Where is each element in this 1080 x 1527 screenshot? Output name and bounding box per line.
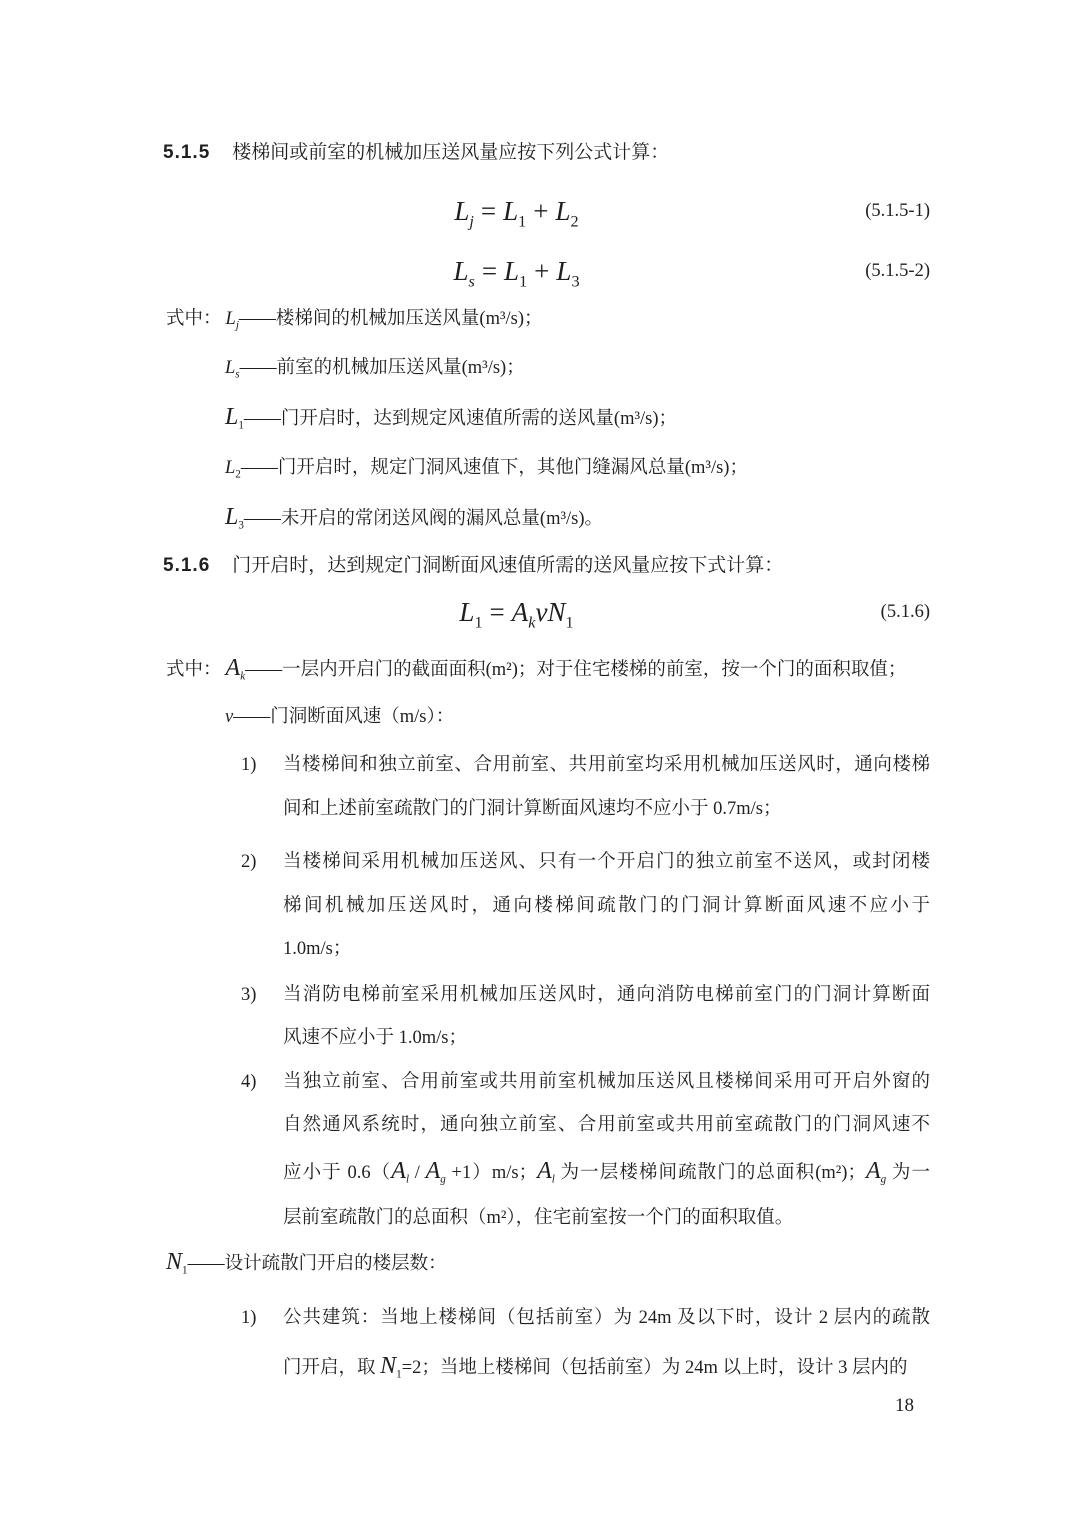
equation-5-1-5-2: Ls=L1+L3 (5.1.5-2) — [163, 248, 930, 294]
section-5-1-6-number: 5.1.6 — [163, 555, 210, 576]
equation-tag-5-1-5-1: (5.1.5-1) — [865, 188, 930, 234]
where-label: 式中： — [166, 309, 222, 329]
list-item-text: 当独立前室、合用前室或共用前室机械加压送风且楼梯间采用可开启外窗的 自然通风系统… — [283, 1061, 930, 1241]
page-number: 18 — [895, 1395, 914, 1417]
formula-lj: Lj=L1+L2 — [454, 196, 578, 226]
definition-l3: L3——未开启的常闭送风阀的漏风总量(m³/s)。 — [166, 502, 930, 534]
text-line-with-formula: 门开启，取 N1=2；当地上楼梯间（包括前室）为 24m 以上时，设计 3 层内… — [283, 1342, 930, 1392]
equation-tag-5-1-6: (5.1.6) — [881, 589, 930, 635]
equation-tag-5-1-5-2: (5.1.5-2) — [865, 248, 930, 294]
v-item-4: 4) 当独立前室、合用前室或共用前室机械加压送风且楼梯间采用可开启外窗的 自然通… — [241, 1061, 930, 1241]
definition-v: v——门洞断面风速（m/s）： — [166, 702, 930, 732]
list-item-number: 2) — [241, 841, 283, 972]
text-line: 当独立前室、合用前室或共用前室机械加压送风且楼梯间采用可开启外窗的 — [283, 1061, 930, 1105]
text-line: 当消防电梯前室采用机械加压送风时，通向消防电梯前室门的门洞计算断面 — [283, 974, 930, 1018]
section-5-1-5-title: 楼梯间或前室的机械加压送风量应按下列公式计算： — [232, 142, 669, 163]
section-5-1-5-number: 5.1.5 — [163, 142, 210, 163]
v-item-2: 2) 当楼梯间采用机械加压送风、只有一个开启门的独立前室不送风，或封闭楼 梯间机… — [241, 841, 930, 972]
text-line: 当楼梯间和独立前室、合用前室、共用前室均采用机械加压送风时，通向楼梯 — [283, 744, 930, 788]
equation-5-1-5-1: Lj=L1+L2 (5.1.5-1) — [163, 188, 930, 234]
text-line: 层前室疏散门的总面积（m²），住宅前室按一个门的面积取值。 — [283, 1197, 930, 1241]
definition-l2: L2——门开启时，规定门洞风速值下，其他门缝漏风总量(m³/s)； — [166, 453, 930, 483]
list-item-text: 当楼梯间和独立前室、合用前室、共用前室均采用机械加压送风时，通向楼梯 间和上述前… — [283, 744, 930, 831]
text-line: 风速不应小于 1.0m/s； — [283, 1017, 930, 1061]
v-item-3: 3) 当消防电梯前室采用机械加压送风时，通向消防电梯前室门的门洞计算断面 风速不… — [241, 974, 930, 1061]
definition-n1: N1——设计疏散门开启的楼层数： — [166, 1246, 930, 1280]
definitions-5-1-5: 式中：Lj——楼梯间的机械加压送风量(m³/s)； Ls——前室的机械加压送风量… — [166, 304, 930, 534]
section-5-1-6-title: 门开启时，达到规定门洞断面风速值所需的送风量应按下式计算： — [232, 555, 783, 576]
v-item-1: 1) 当楼梯间和独立前室、合用前室、共用前室均采用机械加压送风时，通向楼梯 间和… — [241, 744, 930, 831]
text-line: 当楼梯间采用机械加压送风、只有一个开启门的独立前室不送风，或封闭楼 — [283, 841, 930, 885]
list-item-text: 公共建筑：当地上楼梯间（包括前室）为 24m 及以下时，设计 2 层内的疏散 门… — [283, 1294, 930, 1392]
document-page: 5.1.5楼梯间或前室的机械加压送风量应按下列公式计算： Lj=L1+L2 (5… — [0, 0, 1080, 1527]
list-item-text: 当楼梯间采用机械加压送风、只有一个开启门的独立前室不送风，或封闭楼 梯间机械加压… — [283, 841, 930, 972]
formula-ls: Ls=L1+L3 — [453, 256, 579, 286]
definition-ak: 式中：Ak——一层内开启门的截面面积(m²)；对于住宅楼梯的前室，按一个门的面积… — [166, 653, 930, 685]
text-line-with-formula: 应小于 0.6（Al / Ag +1）m/s；Al 为一层楼梯间疏散门的总面积(… — [283, 1148, 930, 1197]
definition-l1: L1——门开启时，达到规定风速值所需的送风量(m³/s)； — [166, 402, 930, 434]
section-5-1-5-heading: 5.1.5楼梯间或前室的机械加压送风量应按下列公式计算： — [163, 140, 930, 166]
n-item-1: 1) 公共建筑：当地上楼梯间（包括前室）为 24m 及以下时，设计 2 层内的疏… — [241, 1294, 930, 1392]
list-item-number: 1) — [241, 1294, 283, 1392]
list-item-number: 3) — [241, 974, 283, 1061]
equation-5-1-6: L1=AkvN1 (5.1.6) — [163, 589, 930, 635]
text-line: 公共建筑：当地上楼梯间（包括前室）为 24m 及以下时，设计 2 层内的疏散 — [283, 1294, 930, 1342]
list-item-text: 当消防电梯前室采用机械加压送风时，通向消防电梯前室门的门洞计算断面 风速不应小于… — [283, 974, 930, 1061]
section-5-1-6-heading: 5.1.6门开启时，达到规定门洞断面风速值所需的送风量应按下式计算： — [163, 553, 930, 579]
definition-lj: 式中：Lj——楼梯间的机械加压送风量(m³/s)； — [166, 304, 930, 334]
text-line: 自然通风系统时，通向独立前室、合用前室或共用前室疏散门的门洞风速不 — [283, 1104, 930, 1148]
list-item-number: 1) — [241, 744, 283, 831]
list-item-number: 4) — [241, 1061, 283, 1241]
text-line: 间和上述前室疏散门的门洞计算断面风速均不应小于 0.7m/s； — [283, 788, 930, 832]
velocity-rules-list: 1) 当楼梯间和独立前室、合用前室、共用前室均采用机械加压送风时，通向楼梯 间和… — [241, 744, 930, 1240]
formula-l1: L1=AkvN1 — [459, 597, 573, 627]
definition-ls: Ls——前室的机械加压送风量(m³/s)； — [166, 353, 930, 383]
text-line: 梯间机械加压送风时，通向楼梯间疏散门的门洞计算断面风速不应小于 — [283, 885, 930, 929]
where-label: 式中： — [166, 660, 222, 680]
text-line: 1.0m/s； — [283, 928, 930, 972]
